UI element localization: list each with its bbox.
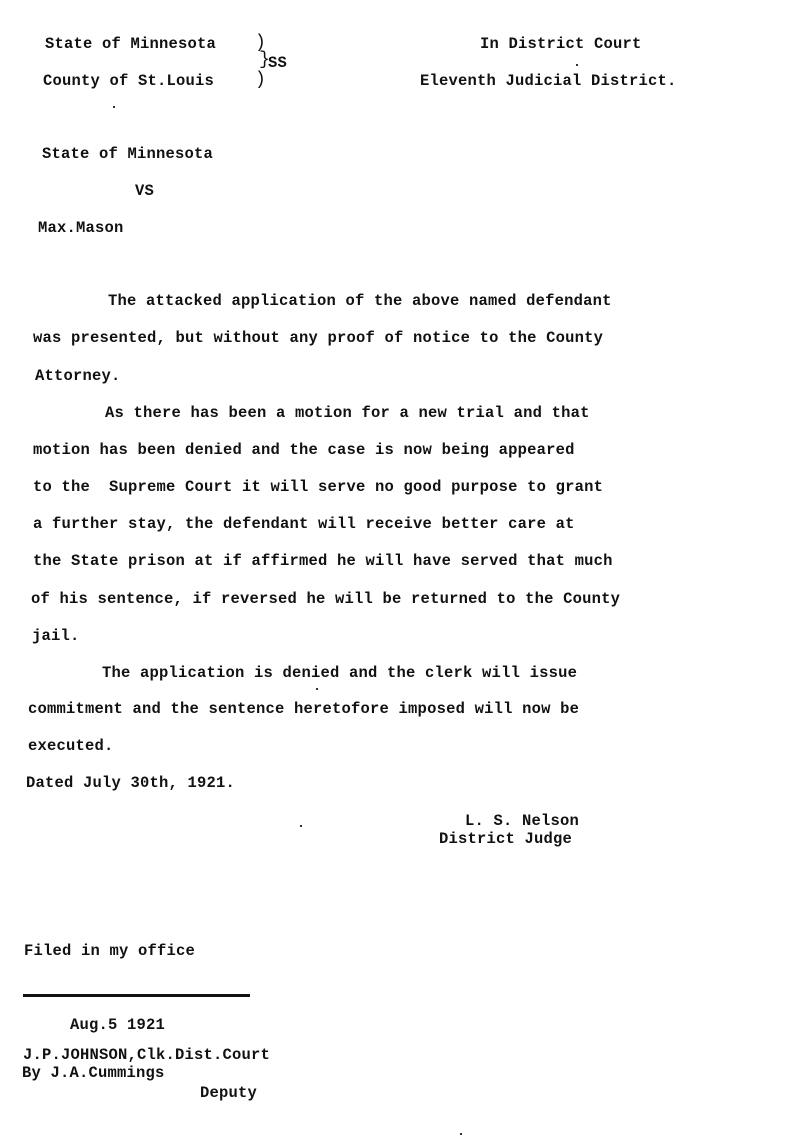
dated-line: Dated July 30th, 1921.: [26, 774, 235, 792]
venue-county: County of St.Louis: [43, 72, 214, 90]
defendant: Max.Mason: [38, 219, 124, 237]
para2-line: As there has been a motion for a new tri…: [105, 404, 590, 422]
venue-state: State of Minnesota: [45, 35, 216, 53]
scan-speck: [113, 106, 115, 108]
para2-line: motion has been denied and the case is n…: [33, 441, 575, 459]
para2-line: to the Supreme Court it will serve no go…: [33, 478, 603, 496]
clerk-name: J.P.JOHNSON,Clk.Dist.Court: [23, 1046, 270, 1064]
judge-title: District Judge: [439, 830, 572, 848]
scan-speck: [576, 64, 578, 66]
deputy-role: Deputy: [200, 1084, 257, 1102]
para2-line: of his sentence, if reversed he will be …: [31, 590, 620, 608]
versus: VS: [135, 182, 154, 200]
filing-rule: [23, 994, 250, 997]
para3-line: commitment and the sentence heretofore i…: [28, 700, 579, 718]
judge-name: L. S. Nelson: [465, 812, 579, 830]
para2-line: the State prison at if affirmed he will …: [33, 552, 613, 570]
para2-line: jail.: [32, 627, 80, 645]
filed-label: Filed in my office: [24, 942, 195, 960]
venue-brace-bottom: ): [255, 70, 266, 90]
para3-line: executed.: [28, 737, 114, 755]
scan-speck: [300, 825, 302, 827]
scan-speck: [460, 1133, 462, 1135]
court-district: Eleventh Judicial District.: [420, 72, 677, 90]
filed-date: Aug.5 1921: [70, 1016, 165, 1034]
deputy-name: By J.A.Cummings: [22, 1064, 165, 1082]
para1-line: The attacked application of the above na…: [108, 292, 612, 310]
para3-line: The application is denied and the clerk …: [102, 664, 577, 682]
court-name: In District Court: [480, 35, 642, 53]
plaintiff: State of Minnesota: [42, 145, 213, 163]
venue-ss: SS: [268, 54, 287, 72]
para1-line: Attorney.: [35, 367, 121, 385]
scan-speck: [316, 688, 318, 690]
para1-line: was presented, but without any proof of …: [33, 329, 603, 347]
para2-line: a further stay, the defendant will recei…: [33, 515, 575, 533]
